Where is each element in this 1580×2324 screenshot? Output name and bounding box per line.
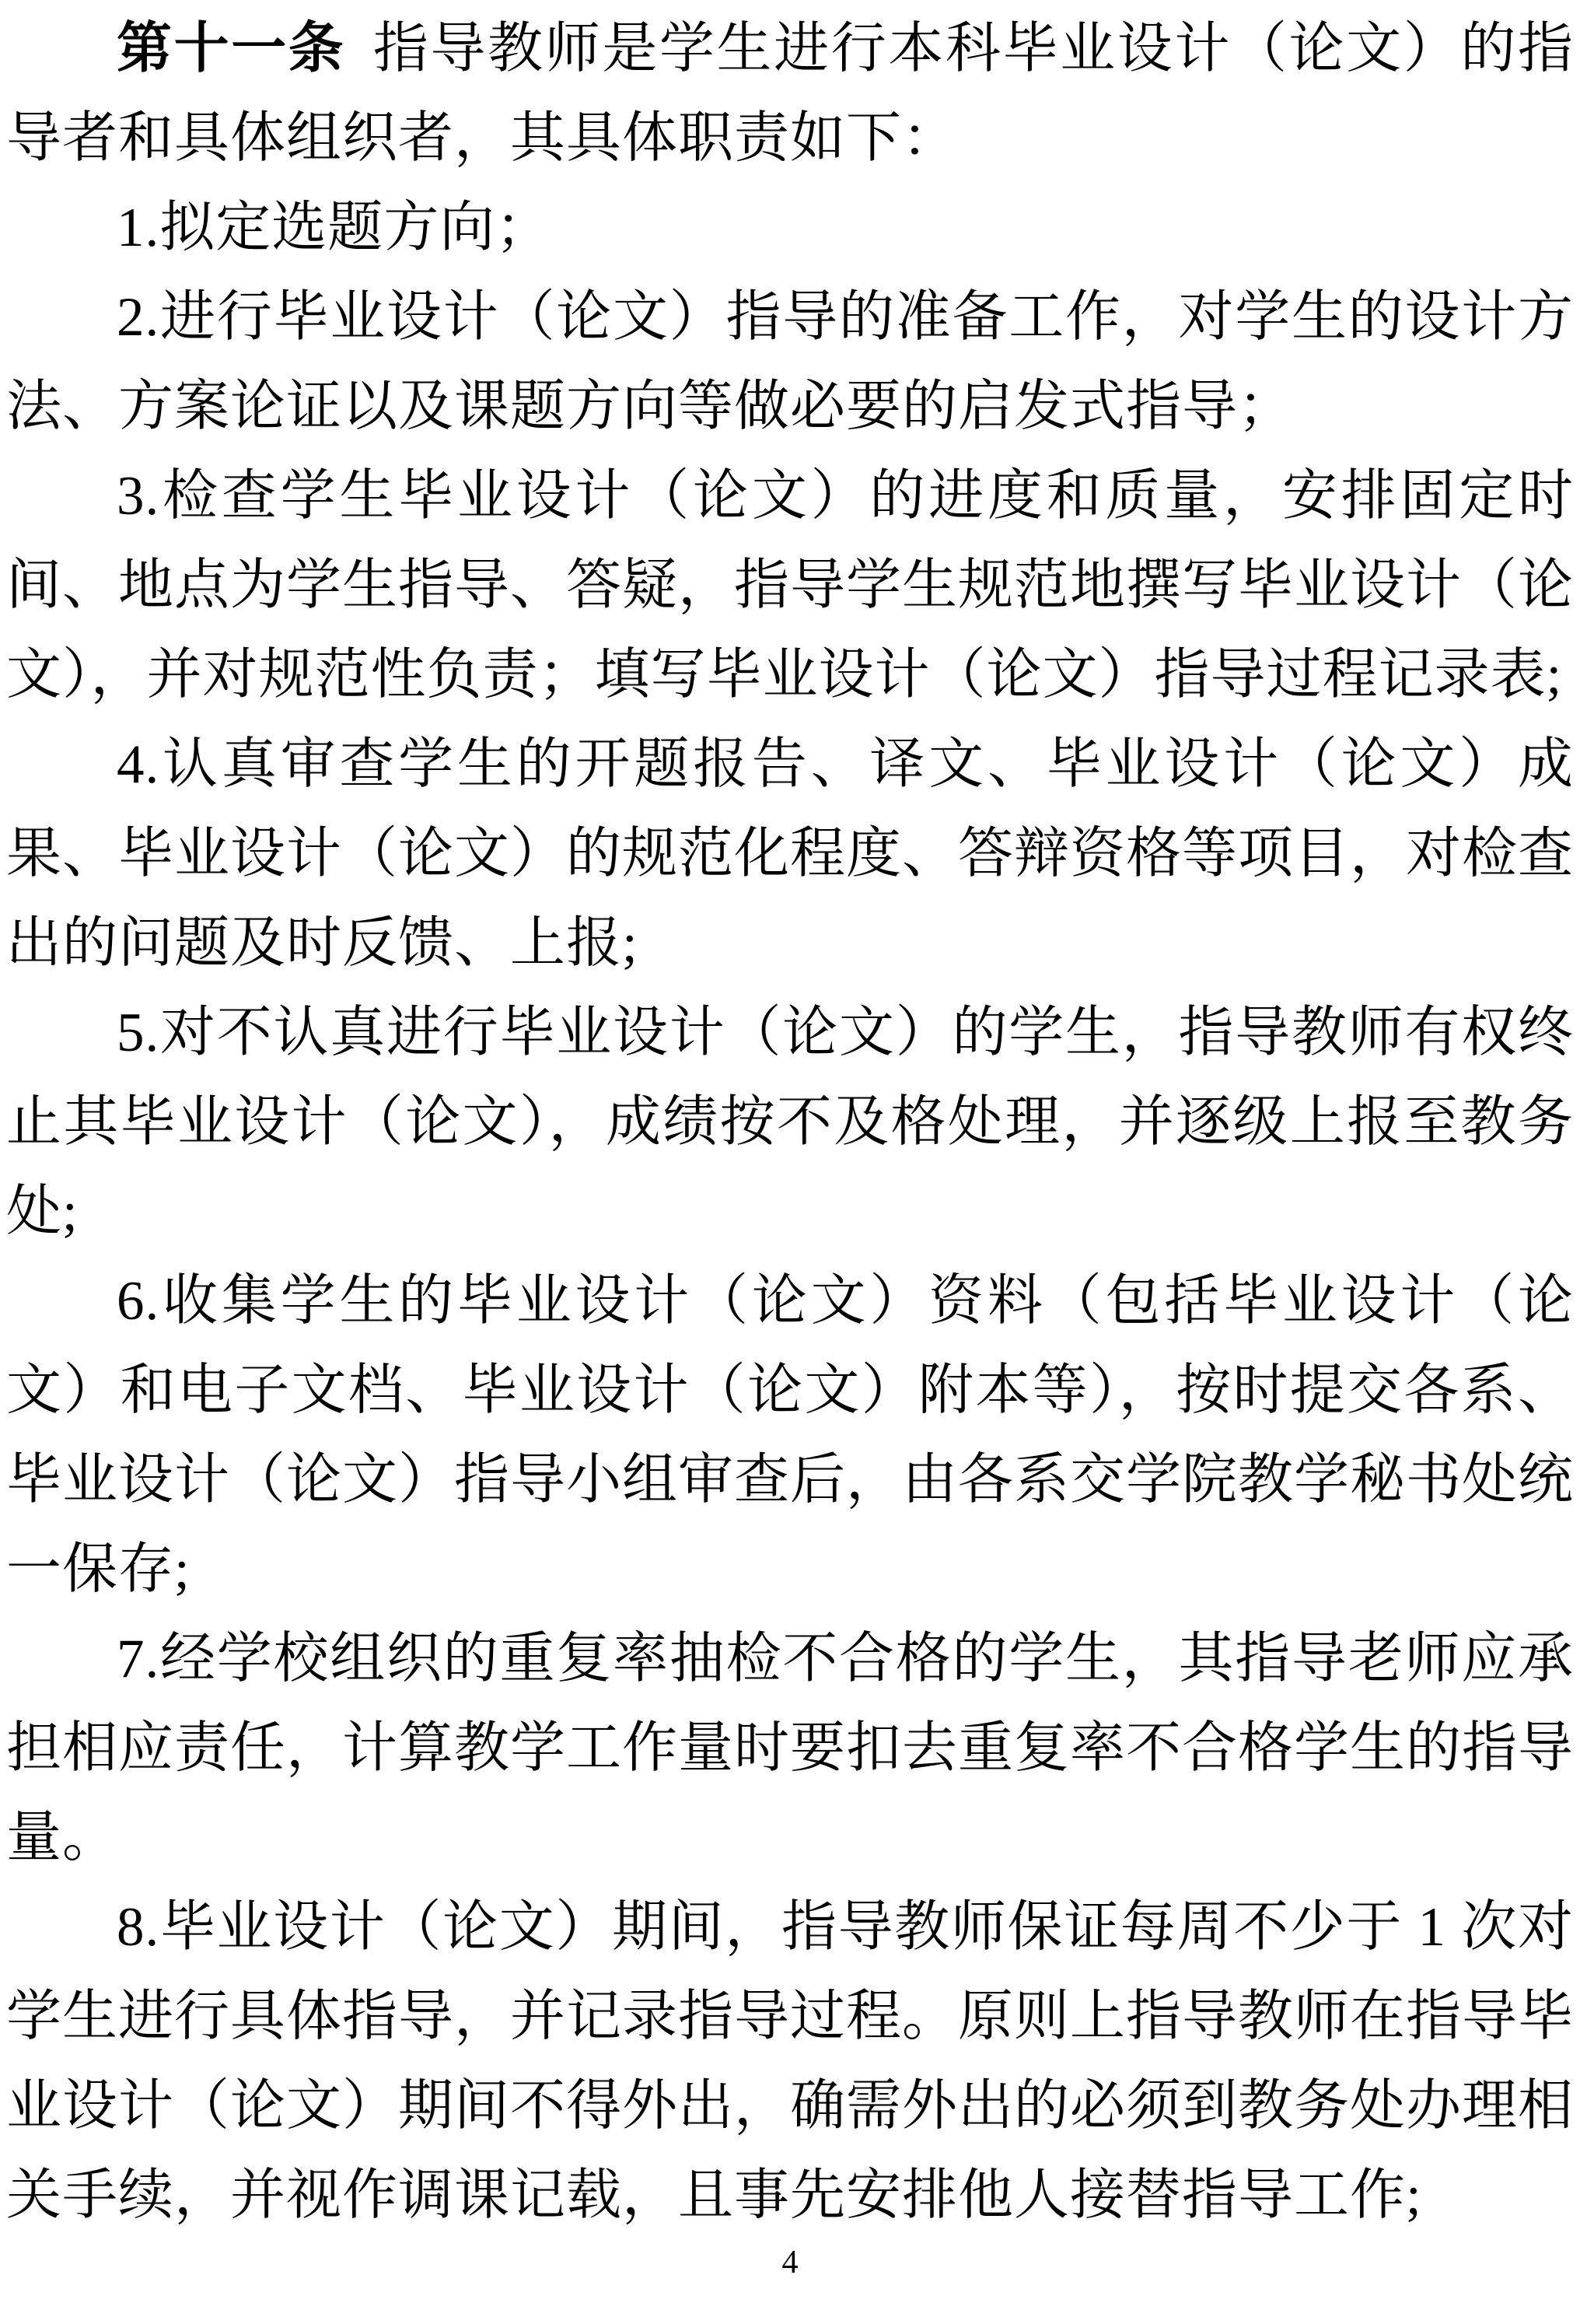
list-item-3: 3.检查学生毕业设计（论文）的进度和质量，安排固定时间、地点为学生指导、答疑，指… bbox=[6, 452, 1574, 720]
list-item-8: 8.毕业设计（论文）期间，指导教师保证每周不少于 1 次对学生进行具体指导，并记… bbox=[6, 1883, 1574, 2241]
list-item-1: 1.拟定选题方向； bbox=[6, 184, 1574, 273]
list-item-5: 5.对不认真进行毕业设计（论文）的学生，指导教师有权终止其毕业设计（论文），成绩… bbox=[6, 989, 1574, 1257]
page-number: 4 bbox=[0, 2246, 1580, 2279]
article-number: 第十一条 bbox=[117, 19, 345, 79]
document-body: 第十一条指导教师是学生进行本科毕业设计（论文）的指导者和具体组织者，其具体职责如… bbox=[6, 5, 1574, 2241]
document-page: 第十一条指导教师是学生进行本科毕业设计（论文）的指导者和具体组织者，其具体职责如… bbox=[0, 0, 1580, 2324]
list-item-2: 2.进行毕业设计（论文）指导的准备工作，对学生的设计方法、方案论证以及课题方向等… bbox=[6, 273, 1574, 452]
list-item-4: 4.认真审查学生的开题报告、译文、毕业设计（论文）成果、毕业设计（论文）的规范化… bbox=[6, 720, 1574, 989]
list-item-6: 6.收集学生的毕业设计（论文）资料（包括毕业设计（论文）和电子文档、毕业设计（论… bbox=[6, 1257, 1574, 1615]
article-paragraph: 第十一条指导教师是学生进行本科毕业设计（论文）的指导者和具体组织者，其具体职责如… bbox=[6, 5, 1574, 184]
list-item-7: 7.经学校组织的重复率抽检不合格的学生，其指导老师应承担相应责任，计算教学工作量… bbox=[6, 1615, 1574, 1883]
